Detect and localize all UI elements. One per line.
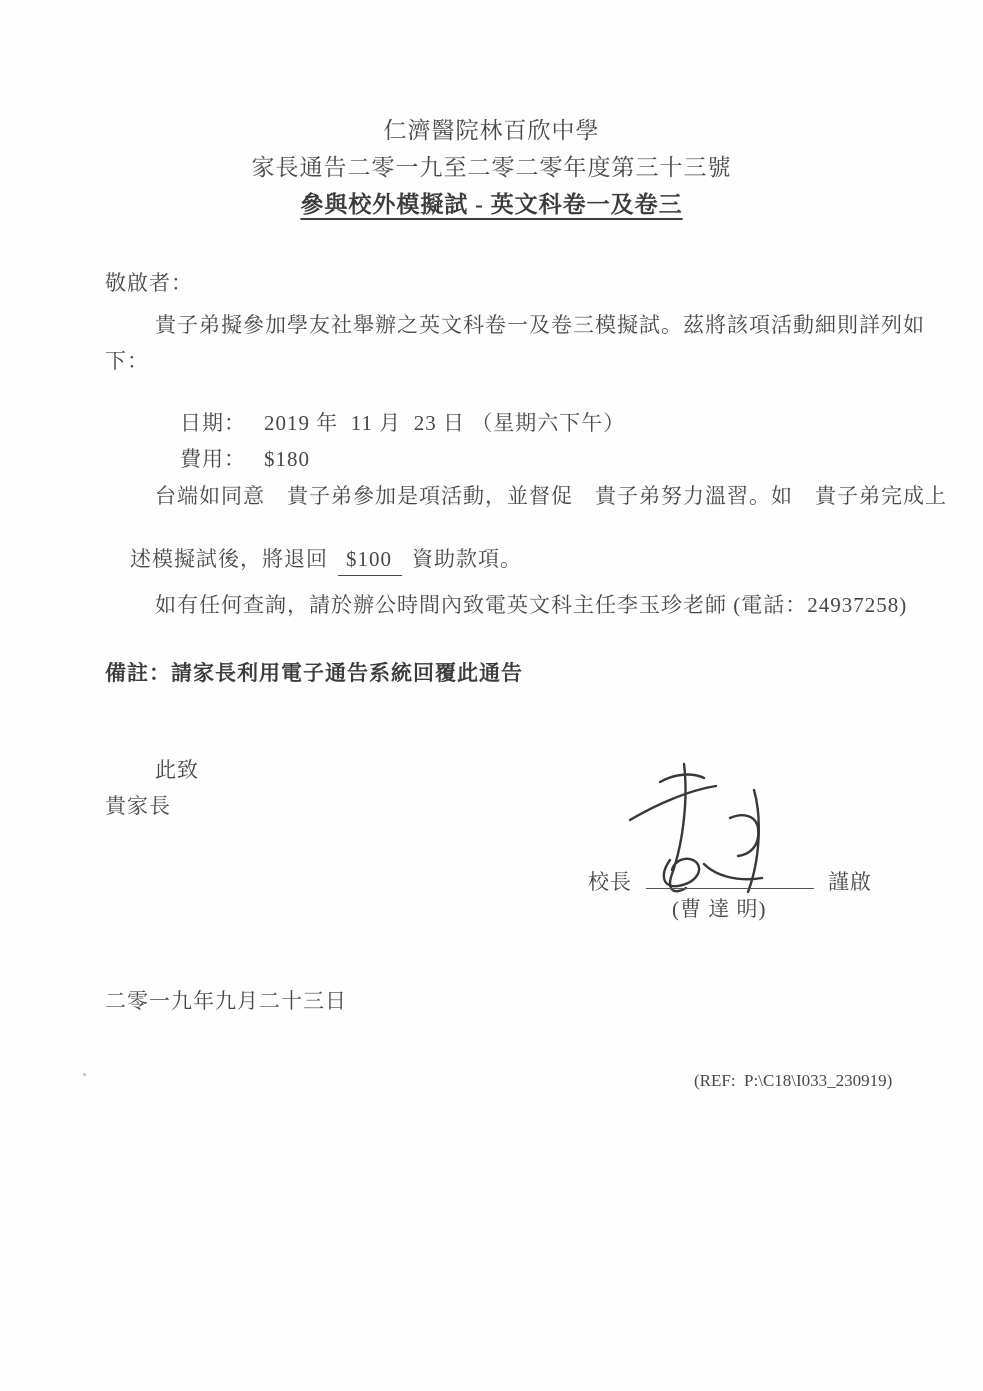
principal-label: 校長 — [588, 866, 632, 896]
respectfully-label: 謹啟 — [828, 866, 872, 896]
enquiry-line: 如有任何查詢，請於辦公時間內致電英文科主任李玉珍老師 (電話：24937258) — [155, 592, 907, 619]
scanned-notice-page: 仁濟醫院林百欣中學 家長通告二零一九至二零二零年度第三十三號 參與校外模擬試 -… — [0, 0, 983, 1391]
date-value: 2019 年 11 月 23 日 （星期六下午） — [264, 411, 625, 435]
consent-line-1: 台端如同意 貴子弟參加是項活動，並督促 貴子弟努力溫習。如 貴子弟完成上 — [155, 483, 947, 510]
fee-value: $180 — [264, 447, 310, 471]
remark-line: 備註：請家長利用電子通告系統回覆此通告 — [105, 660, 523, 687]
closing-cizhi: 此致 — [155, 757, 199, 784]
notice-subject: 參與校外模擬試 - 英文科卷一及卷三 — [0, 190, 983, 220]
closing-recipient: 貴家長 — [105, 793, 171, 820]
reference-number: (REF: P:\C18\I033_230919) — [694, 1070, 892, 1092]
refund-amount: $100 — [338, 546, 402, 575]
consent-line-2-post: 資助款項。 — [412, 547, 522, 571]
principal-name: (曹 達 明) — [672, 896, 767, 923]
issue-date: 二零一九年九月二十三日 — [105, 988, 347, 1015]
salutation: 敬啟者： — [105, 270, 193, 297]
fee-label: 費用： — [180, 447, 246, 471]
consent-line-2: 述模擬試後，將退回$100資助款項。 — [105, 519, 522, 603]
intro-line-1: 貴子弟擬參加學友社舉辦之英文科卷一及卷三模擬試。茲將該項活動細則詳列如 — [155, 312, 925, 339]
school-name: 仁濟醫院林百欣中學 — [0, 116, 983, 146]
signoff-row: 校長 謹啟 — [588, 866, 872, 896]
signature-line — [646, 866, 814, 889]
consent-line-2-pre: 述模擬試後，將退回 — [130, 547, 328, 571]
scan-speck — [83, 1073, 86, 1076]
notice-number: 家長通告二零一九至二零二零年度第三十三號 — [0, 153, 983, 183]
intro-line-2: 下： — [105, 348, 149, 375]
